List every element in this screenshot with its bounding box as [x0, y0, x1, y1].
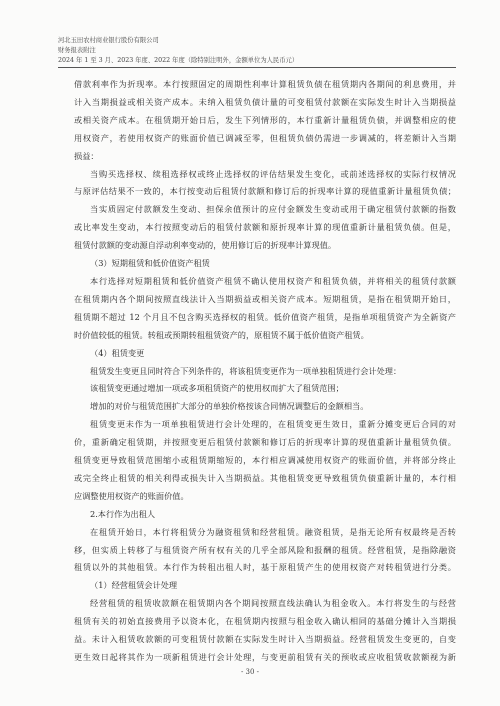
text-line: 租赁期不超过 12 个月且不包含购买选择权的租赁。低价值资产租赁，是指单项租赁资… — [74, 309, 456, 327]
text-line: 租赁变更未作为一项单独租赁进行会计处理的，在租赁变更生效日，重新分摊变更后合同的… — [74, 416, 456, 434]
text-line: 在租赁开始日，本行将租赁分为融资租赁和经营租赁。融资租赁，是指无论所有权最终是否… — [74, 524, 456, 542]
document-title: 财务报表附注 — [58, 46, 298, 56]
text-line: 或相关资产成本。在租赁期开始日后，发生下列情形的，本行重新计量租赁负债，并调整相… — [74, 112, 456, 130]
company-name: 河北玉田农村商业银行股份有限公司 — [58, 36, 298, 46]
text-line: 在租赁期内各个期间按照直线法计入当期损益或相关资产成本。短期租赁，是指在租赁期开… — [74, 291, 456, 309]
text-line: 时价值较低的租赁。转租或预期转租租赁资产的，原租赁不属于低价值资产租赁。 — [74, 327, 456, 345]
text-line: 本行选择对短期租赁和低价值资产租赁不确认使用权资产和租赁负债，并将相关的租赁付款… — [74, 273, 456, 291]
reporting-period: 2024 年 1 至 3 月、2023 年度、2022 年度（除特别注明外，金额… — [58, 56, 298, 66]
text-line: （1）经营租赁会计处理 — [74, 577, 456, 595]
text-line: 该租赁变更通过增加一项或多项租赁资产的使用权而扩大了租赁范围； — [74, 380, 456, 398]
text-line: 应调整使用权资产的账面价值。 — [74, 488, 456, 506]
document-body: 借款利率作为折现率。本行按照固定的周期性利率计算租赁负债在租赁期内各期间的利息费… — [74, 76, 456, 667]
text-line: 当购买选择权、续租选择权或终止选择权的评估结果发生变化，或前述选择权的实际行权情… — [74, 166, 456, 184]
page-number: - 30 - — [0, 668, 500, 676]
text-line: 用权资产，若使用权资产的账面价值已调减至零，但租赁负债仍需进一步调减的，将差额计… — [74, 130, 456, 148]
text-line: 或完全终止租赁的相关利得或损失计入当期损益。其他租赁变更导致租赁负债重新计量的，… — [74, 470, 456, 488]
text-line: 租赁有关的初始直接费用予以资本化，在租赁期内按照与租金收入确认相同的基础分摊计入… — [74, 613, 456, 631]
text-line: 或比率发生变动，本行按照变动后的租赁付款额和原折现率计算的现值重新计量租赁负债。… — [74, 219, 456, 237]
text-line: 租赁发生变更且同时符合下列条件的，将该租赁变更作为一项单独租赁进行会计处理： — [74, 363, 456, 381]
text-line: 租赁以外的其他租赁。本行作为转租出租人时，基于原租赁产生的使用权资产对转租赁进行… — [74, 559, 456, 577]
page-header: 河北玉田农村商业银行股份有限公司 财务报表附注 2024 年 1 至 3 月、2… — [58, 36, 298, 66]
text-line: 租赁付款额的变动源自浮动利率变动的，使用修订后的折现率计算现值。 — [74, 237, 456, 255]
text-line: 价，重新确定租赁期，并按照变更后租赁付款额和修订后的折现率计算的现值重新计量租赁… — [74, 434, 456, 452]
header-divider — [58, 67, 456, 68]
text-line: 更生效日起将其作为一项新租赁进行会计处理，与变更前租赁有关的预收或应收租赁收款额… — [74, 649, 456, 667]
text-line: 与原评估结果不一致的，本行按变动后租赁付款额和修订后的折现率计算的现值重新计量租… — [74, 183, 456, 201]
text-line: 损益： — [74, 148, 456, 166]
text-line: 移，但实质上转移了与租赁资产所有权有关的几乎全部风险和报酬的租赁。经营租赁，是指… — [74, 542, 456, 560]
text-line: 益。未计入租赁收款额的可变租赁付款额在实际发生时计入当期损益。经营租赁发生变更的… — [74, 631, 456, 649]
text-line: 借款利率作为折现率。本行按照固定的周期性利率计算租赁负债在租赁期内各期间的利息费… — [74, 76, 456, 94]
text-line: 2.本行作为出租人 — [74, 506, 456, 524]
text-line: 租赁变更导致租赁范围缩小或租赁期缩短的，本行相应调减使用权资产的账面价值，并将部… — [74, 452, 456, 470]
text-line: 经营租赁的租赁收款额在租赁期内各个期间按照直线法确认为租金收入。本行将发生的与经… — [74, 595, 456, 613]
text-line: 增加的对价与租赁范围扩大部分的单独价格按该合同情况调整后的金额相当。 — [74, 398, 456, 416]
text-line: 当实质固定付款额发生变动、担保余值预计的应付金额发生变动或用于确定租赁付款额的指… — [74, 201, 456, 219]
text-line: （4）租赁变更 — [74, 345, 456, 363]
text-line: （3）短期租赁和低价值资产租赁 — [74, 255, 456, 273]
text-line: 计入当期损益或相关资产成本。未纳入租赁负债计量的可变租赁付款额在实际发生时计入当… — [74, 94, 456, 112]
